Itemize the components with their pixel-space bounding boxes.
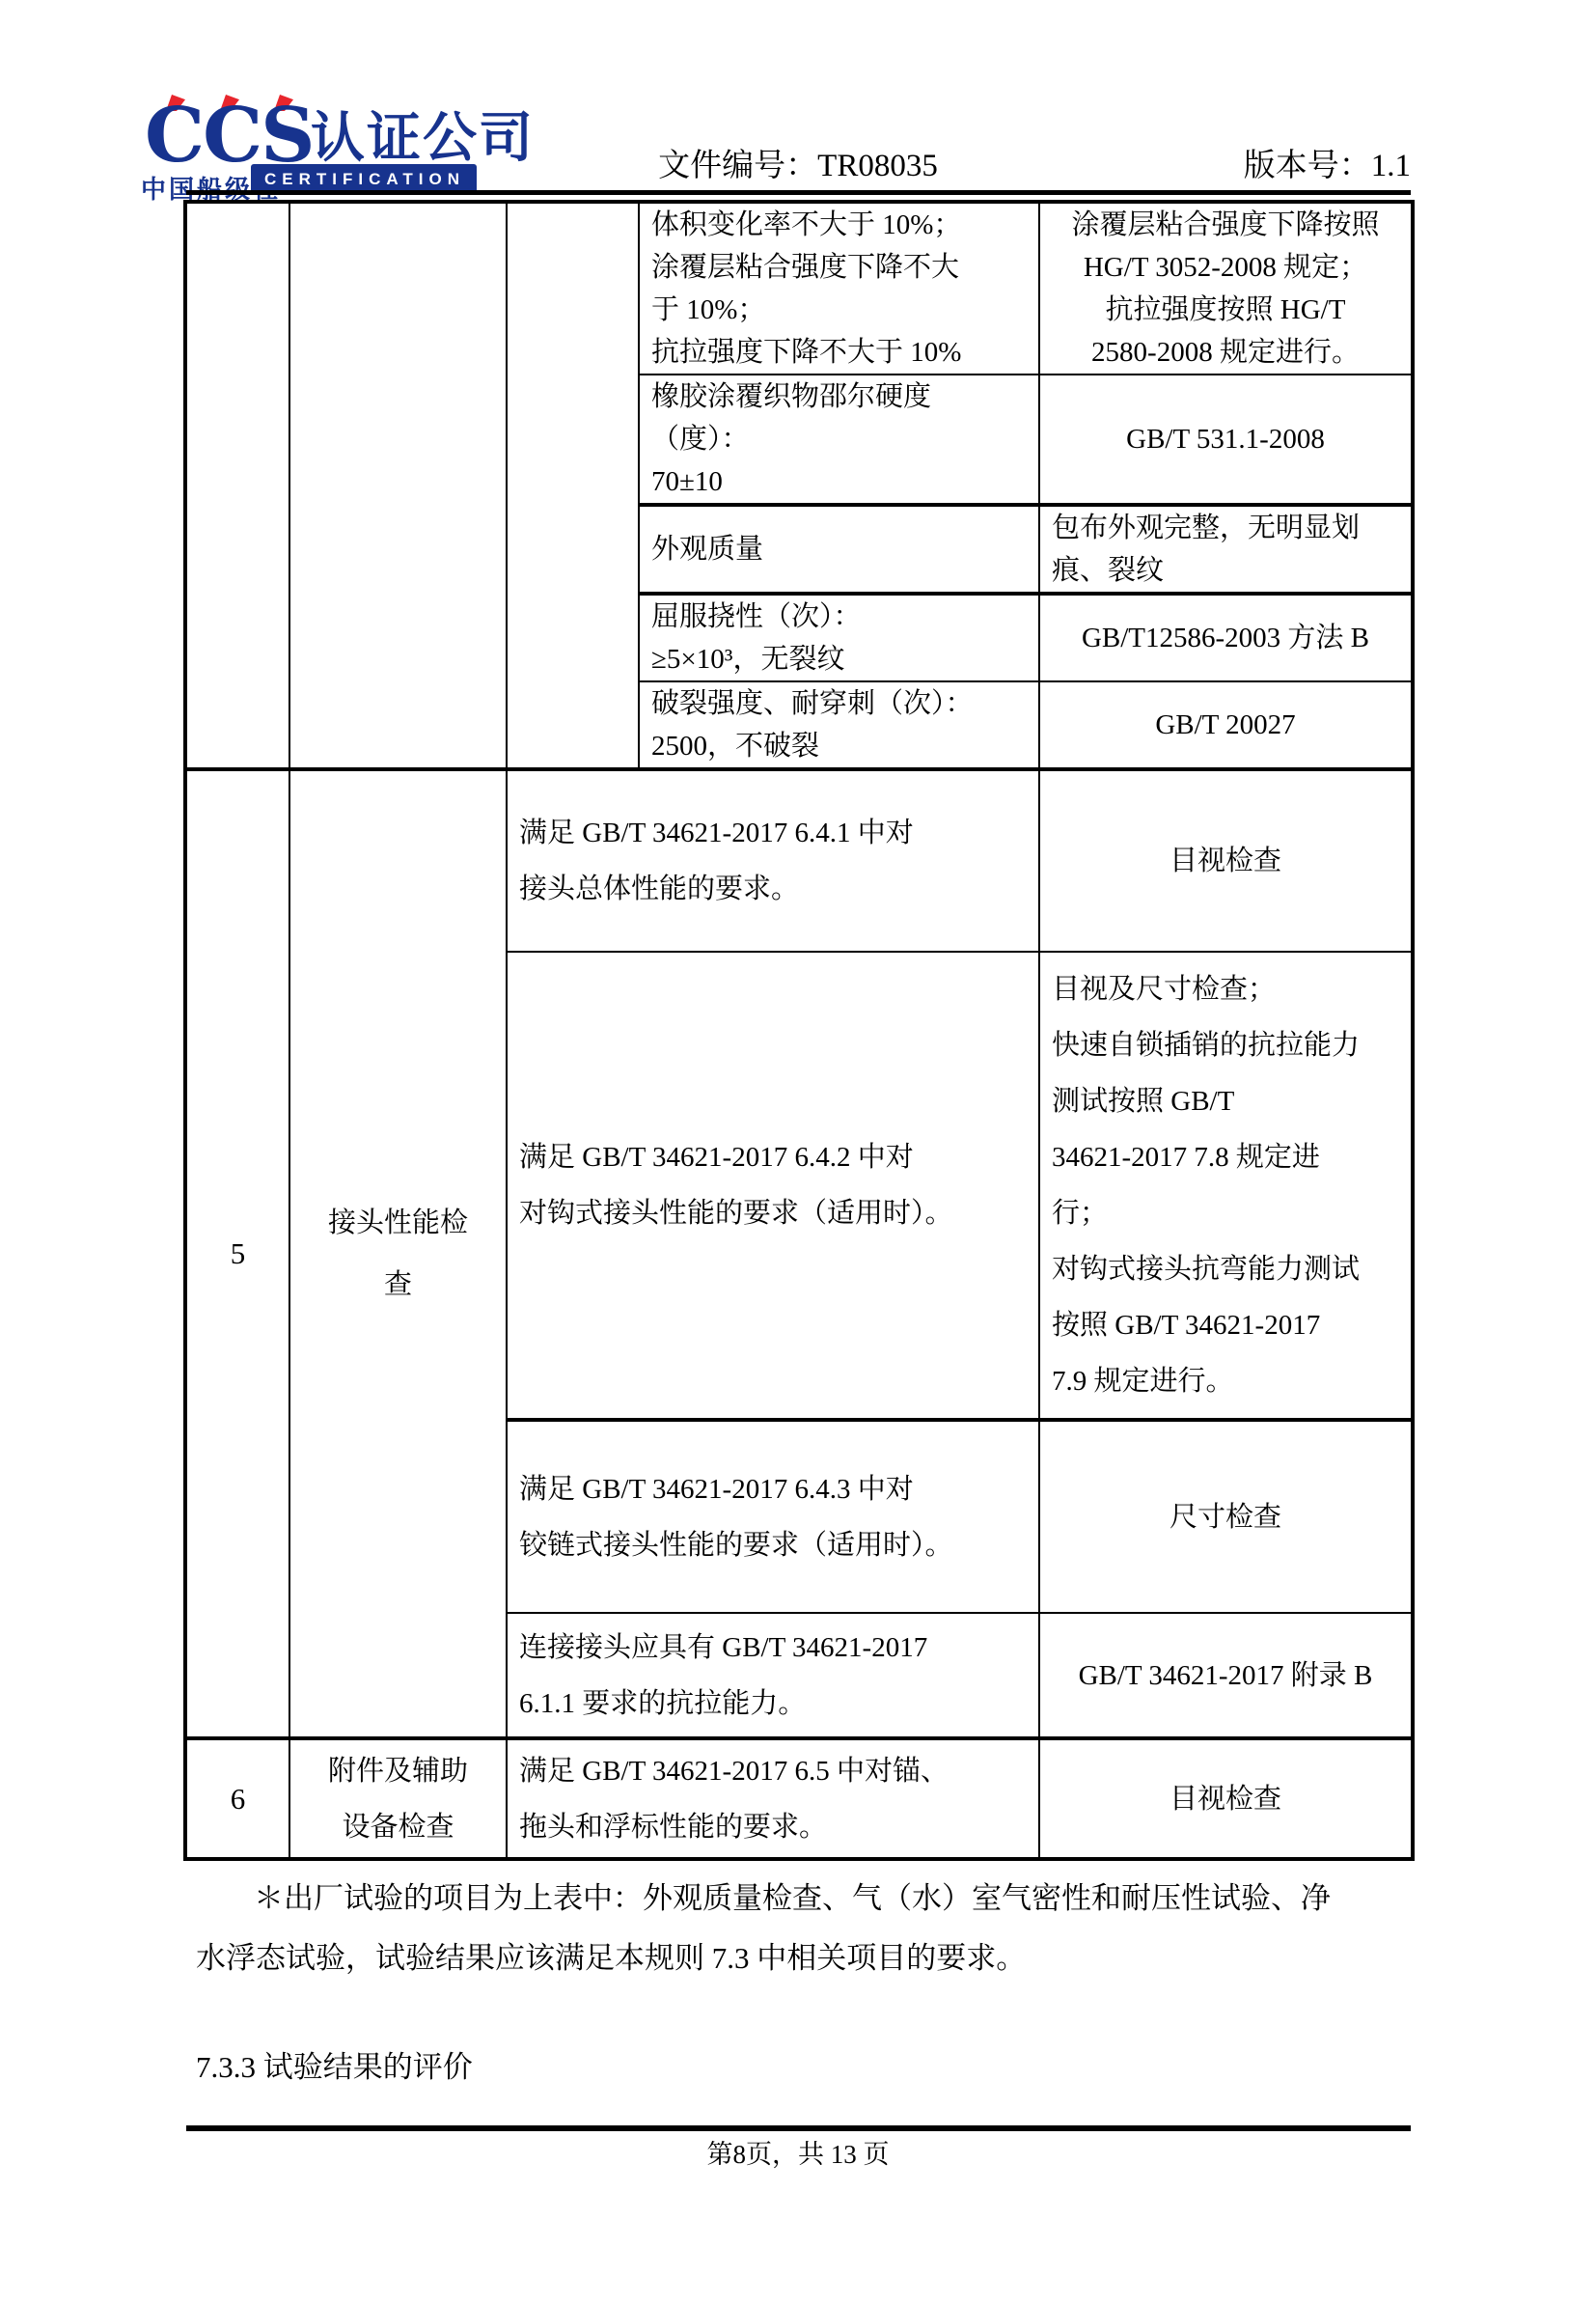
spacer-cell <box>507 202 639 769</box>
section-7-3-3-heading: 7.3.3 试验结果的评价 <box>196 2048 473 2087</box>
item-no-cell <box>185 202 289 769</box>
requirement-cell: 破裂强度、耐穿刺（次）： 2500，不破裂 <box>639 681 1039 769</box>
item-no-cell: 5 <box>185 769 289 1738</box>
item-name-cell <box>289 202 507 769</box>
page-number: 第8页，共 13 页 <box>0 2137 1596 2172</box>
requirement-cell: 满足 GB/T 34621-2017 6.4.2 中对 对钩式接头性能的要求（适… <box>507 952 1039 1420</box>
table-row: 5 接头性能检 查 满足 GB/T 34621-2017 6.4.1 中对 接头… <box>185 769 1413 952</box>
factory-test-note-line2: 水浮态试验，试验结果应该满足本规则 7.3 中相关项目的要求。 <box>196 1928 1421 1988</box>
method-cell: 包布外观完整，无明显划 痕、裂纹 <box>1039 505 1413 594</box>
method-cell: 目视检查 <box>1039 769 1413 952</box>
method-cell: 目视检查 <box>1039 1738 1413 1859</box>
table-row: 6 附件及辅助 设备检查 满足 GB/T 34621-2017 6.5 中对锚、… <box>185 1738 1413 1859</box>
requirement-cell: 满足 GB/T 34621-2017 6.4.3 中对 铰链式接头性能的要求（适… <box>507 1420 1039 1613</box>
document-page: CCS 认证公司 中国船级社 CERTIFICATION 文件编号：TR0803… <box>0 0 1596 2303</box>
method-cell: 尺寸检查 <box>1039 1420 1413 1613</box>
header-rule <box>186 190 1411 195</box>
item-name-cell: 接头性能检 查 <box>289 769 507 1738</box>
requirement-cell: 连接接头应具有 GB/T 34621-2017 6.1.1 要求的抗拉能力。 <box>507 1613 1039 1738</box>
requirement-cell: 外观质量 <box>639 505 1039 594</box>
requirement-cell: 橡胶涂覆织物邵尔硬度 （度）： 70±10 <box>639 375 1039 505</box>
factory-test-note: ＊出厂试验的项目为上表中：外观质量检查、气（水）室气密性和耐压性试验、净 水浮态… <box>196 1869 1421 1988</box>
method-cell: GB/T 34621-2017 附录 B <box>1039 1613 1413 1738</box>
test-requirements-table: 体积变化率不大于 10%； 涂覆层粘合强度下降不大 于 10%； 抗拉强度下降不… <box>183 200 1415 1861</box>
table-row: 体积变化率不大于 10%； 涂覆层粘合强度下降不大 于 10%； 抗拉强度下降不… <box>185 202 1413 375</box>
factory-test-note-line1: ＊出厂试验的项目为上表中：外观质量检查、气（水）室气密性和耐压性试验、净 <box>196 1869 1421 1928</box>
item-name-cell: 附件及辅助 设备检查 <box>289 1738 507 1859</box>
method-cell: GB/T12586-2003 方法 B <box>1039 594 1413 681</box>
method-cell: 涂覆层粘合强度下降按照 HG/T 3052-2008 规定； 抗拉强度按照 HG… <box>1039 202 1413 375</box>
requirement-cell: 屈服挠性（次）： ≥5×10³，无裂纹 <box>639 594 1039 681</box>
method-cell: GB/T 20027 <box>1039 681 1413 769</box>
footer-rule <box>186 2125 1411 2131</box>
item-no-cell: 6 <box>185 1738 289 1859</box>
requirement-cell: 体积变化率不大于 10%； 涂覆层粘合强度下降不大 于 10%； 抗拉强度下降不… <box>639 202 1039 375</box>
method-cell: GB/T 531.1-2008 <box>1039 375 1413 505</box>
requirement-cell: 满足 GB/T 34621-2017 6.5 中对锚、 拖头和浮标性能的要求。 <box>507 1738 1039 1859</box>
version-number: 版本号：1.1 <box>1244 145 1411 187</box>
method-cell: 目视及尺寸检查； 快速自锁插销的抗拉能力 测试按照 GB/T 34621-201… <box>1039 952 1413 1420</box>
requirement-cell: 满足 GB/T 34621-2017 6.4.1 中对 接头总体性能的要求。 <box>507 769 1039 952</box>
